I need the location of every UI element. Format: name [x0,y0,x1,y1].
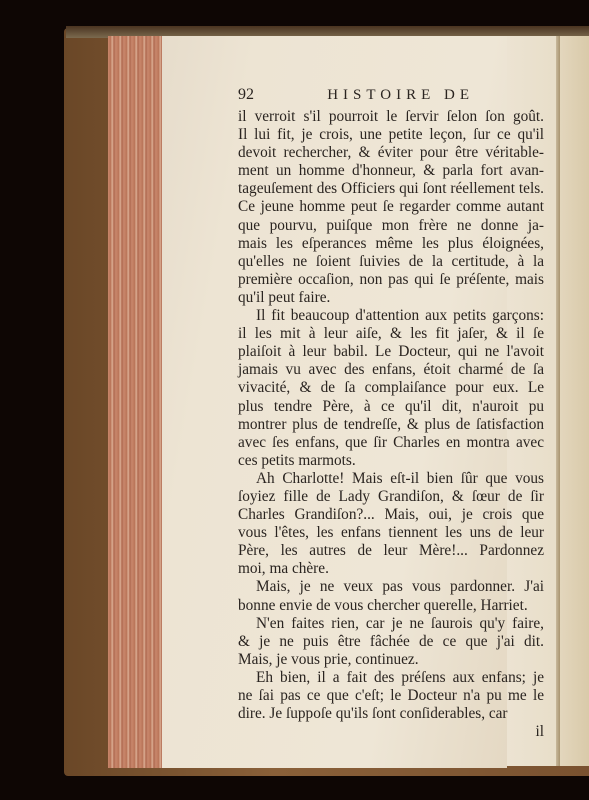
text-line: moi, ma chère. [238,560,544,578]
text-line: Charles Grandiſon?... Mais, oui, je croi… [238,506,544,524]
text-line: ces petits marmots. [238,452,544,470]
text-line: dire. Je ſuppoſe qu'ils ſont conſiderabl… [238,705,544,723]
text-line: plus tendre Père, à ce qu'il dit, n'auro… [238,398,544,416]
paragraph: Mais, je ne veux pas vous pardonner. J'a… [238,578,544,614]
text-line: vivacité, & de ſa complaiſance pour eux.… [238,379,544,397]
text-line: & je ne puis être fâchée de ce que j'ai … [238,633,544,651]
text-line: Père, les autres de leur Mère!... Pardon… [238,542,544,560]
page-number: 92 [238,86,254,106]
text-line: bonne envie de vous chercher querelle, H… [238,597,544,615]
page-text: 92 HISTOIRE DE il verroit s'il pourroit … [238,86,544,741]
text-line: qu'elles ne ſoient ſuivies de la certitu… [238,253,544,271]
running-head: HISTOIRE DE [327,86,474,106]
text-line: Mais, je vous prie, continuez. [238,651,544,669]
text-line: mais les eſperances même les plus éloign… [238,235,544,253]
text-line: ment un homme d'honneur, & parla fort av… [238,162,544,180]
text-line: avec ſes enfans, que ſir Charles en mont… [238,434,544,452]
text-line: il verroit s'il pourroit le ſervir ſelon… [238,108,544,126]
text-line: devoit rechercher, & éviter pour être vé… [238,144,544,162]
text-line: vous l'êtes, les enfans tiennent les uns… [238,524,544,542]
text-line: Il fit beaucoup d'attention aux petits g… [238,307,544,325]
text-line: ſoyiez fille de Lady Grandiſon, & ſœur d… [238,488,544,506]
paragraph: Eh bien, il a fait des préſens aux enfan… [238,669,544,723]
page-edges [108,36,162,768]
text-line: tageuſement des Officiers qui ſont réell… [238,180,544,198]
paragraph: il verroit s'il pourroit le ſervir ſelon… [238,108,544,307]
catchword: il [238,723,544,741]
page-header: 92 HISTOIRE DE [238,86,544,106]
text-line: qu'il peut faire. [238,289,544,307]
text-line: il les mit à leur aiſe, & les fit jaſer,… [238,325,544,343]
paragraph: Il fit beaucoup d'attention aux petits g… [238,307,544,470]
text-line: Mais, je ne veux pas vous pardonner. J'a… [238,578,544,596]
text-line: jamais vu avec des enfans, étoit charmé … [238,361,544,379]
facing-page-edge [560,36,589,766]
body-text: il verroit s'il pourroit le ſervir ſelon… [238,108,544,723]
text-line: Ce jeune homme peut ſe regarder comme au… [238,198,544,216]
text-line: montrer plus de tendreſſe, & plus de ſat… [238,416,544,434]
text-line: plaiſoit à leur babil. Le Docteur, qui n… [238,343,544,361]
text-line: ne ſai pas ce que c'eſt; le Docteur n'a … [238,687,544,705]
text-line: Ah Charlotte! Mais eſt-il bien ſûr que v… [238,470,544,488]
text-line: que pourvu, puiſque mon frère ne donne j… [238,217,544,235]
text-line: première occaſion, non pas qui ſe préſen… [238,271,544,289]
text-line: Il lui fit, je crois, une petite leçon, … [238,126,544,144]
paragraph: Ah Charlotte! Mais eſt-il bien ſûr que v… [238,470,544,579]
paragraph: N'en faites rien, car je ne ſaurois qu'y… [238,615,544,669]
text-line: N'en faites rien, car je ne ſaurois qu'y… [238,615,544,633]
text-line: Eh bien, il a fait des préſens aux enfan… [238,669,544,687]
